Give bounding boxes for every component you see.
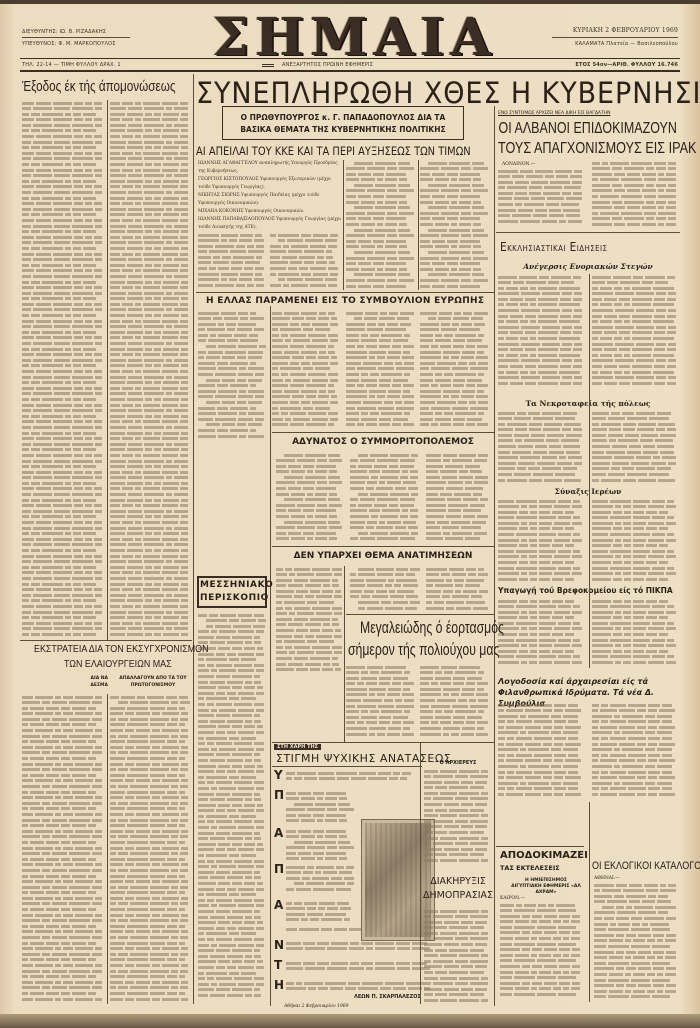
headline-isolation: Έξοδος έκ τής άπομονώσεως [22, 78, 175, 95]
poem-stanza-8 [286, 960, 436, 976]
minister-1: ΙΩΑΝΝΗΣ ΑΓΑΘΑΓΓΕΛΟΥ αναπληρωτής Υπουργός… [198, 160, 342, 176]
messinia-col [198, 612, 268, 1002]
orphanage-col1 [498, 598, 586, 668]
revaluation-col3 [426, 566, 492, 612]
minister-4: ΜΙΧΑΗΛ ΚΟΚΟΝΗΣ Υφυπουργός Οικονομικών. [198, 208, 342, 216]
guerrilla-col2 [350, 452, 422, 542]
messinia-line2: ΠΕΡΙΣΚΟΠΙΟ [200, 593, 269, 603]
auction-col [424, 908, 492, 1004]
article-isolation-col1 [22, 100, 106, 640]
electoral-headline: ΟΙ ΕΚΛΟΓΙΚΟΙ ΚΑΤΑΛΟΓΟΙ [592, 860, 700, 872]
cemetery-col1 [498, 410, 586, 486]
church-sub-1: Ανέγερσις Ενοριακών Στεγών [496, 262, 680, 271]
poem-dropcap-5: Α [274, 898, 283, 912]
poem-dropcap-6: Ν [274, 938, 284, 952]
poem-kicker: ΣΤΗ ΧΑΡΗ ΤΗΣ [274, 744, 321, 750]
pm-article-col3 [346, 160, 418, 292]
feast-headline-1: Μεγαλειώδης ό έορτασμός [360, 618, 504, 638]
newspaper-page: ΔΙΕΥΘΥΝΤΗΣ: ΙΩ. Β. ΡΙΖΑΔΑΚΗΣ ΥΠΕΥΘΥΝΟΣ: … [0, 0, 700, 1028]
ministers-list: ΙΩΑΝΝΗΣ ΑΓΑΘΑΓΓΕΛΟΥ αναπληρωτής Υπουργός… [198, 160, 342, 232]
poem-stanza-2 [286, 790, 358, 824]
albanians-dateline: ΛΟΝΔΙΝΟΝ.— [502, 162, 535, 167]
phone-price: ΤΗΛ. 22-14 — ΤΙΜΗ ΦΥΛΛΟΥ ΔΡΑΧ. 1 [22, 62, 121, 68]
article-isolation-col2 [110, 100, 192, 640]
cemetery-col2 [592, 410, 680, 486]
olive-mills-col2 [110, 694, 192, 1004]
church-col1 [498, 274, 586, 390]
poem-stanza-7 [286, 940, 436, 956]
albanians-kicker: ΕΝΩ ΣΥΝΤΟΜΩΣ ΑΡΧΙΖΕΙ ΝΕΑ ΔΙΚΗ ΕΙΣ ΒΑΓΔΑΤ… [498, 111, 610, 116]
minister-2: ΓΕΩΡΓΙΟΣ ΚΙΣΤΟΠΟΥΛΟΣ Υφυπουργός Εξωτερικ… [198, 176, 342, 192]
church-news-section: Εκκλησιαστικαι Ειδησεις [500, 240, 607, 254]
poem-author: ΛΕΩΝ Π. ΣΚΑΡΠΑΛΕΖΟΣ [354, 994, 421, 1000]
council-col1 [198, 310, 268, 440]
poem-stanza-3 [286, 828, 358, 862]
poem-dateline: Αθήναι 2 Φεβρουαρίου 1969 [284, 1004, 349, 1009]
poem-dropcap-1: Υ [274, 768, 283, 782]
pm-headline-box [222, 106, 464, 140]
pm-headline-line2: ΒΑΣΙΚΑ ΘΕΜΑΤΑ ΤΗΣ ΚΥΒΕΡΝΗΤΙΚΗΣ ΠΟΛΙΤΙΚΗΣ [222, 125, 464, 134]
tagline: ΑΝΕΞΑΡΤΗΤΟΣ ΠΡΩΙΝΗ ΕΦΗΜΕΡΙΣ [282, 62, 373, 68]
guerrilla-headline: ΑΔΥΝΑΤΟΣ Ο ΣΥΜΜΟΡΙΤΟΠΟΛΕΜΟΣ [272, 437, 494, 447]
poem-stanza-5 [286, 900, 358, 924]
olive-mills-headline-2: ΤΩΝ ΕΛΑΙΟΥΡΓΕΙΩΝ ΜΑΣ [64, 658, 172, 670]
minister-3: ΝΙΚΗΤΑΣ ΣΙΩΡΗΣ Υφυπουργός Παιδείας (μέχρ… [198, 192, 342, 208]
poem-dropcap-2: Π [274, 788, 284, 802]
albanians-headline-1: ΟΙ ΑΛΒΑΝΟΙ ΕΠΙΔΟΚΙΜΑΖΟΥΝ [498, 120, 677, 138]
poem-dropcap-8: Η [274, 978, 284, 992]
albanians-col1 [498, 168, 586, 228]
church-sub-4: Υπαγωγή τού Βρεφοκομείου είς τό ΠΙΚΠΑ [498, 586, 673, 595]
albanians-col2 [592, 160, 680, 228]
poem-stanza-1 [286, 770, 416, 786]
issue-number: ΕΤΟΣ 54ον—ΑΡΙΘ. ΦΥΛΛΟΥ 16.746 [575, 62, 678, 68]
archbishop-col [424, 768, 492, 864]
orphanage-col2 [592, 598, 680, 668]
council-europe-headline: Η ΕΛΛΑΣ ΠΑΡΑΜΕΝΕΙ ΕΙΣ ΤΟ ΣΥΜΒΟΥΛΙΟΝ ΕΥΡΩ… [206, 296, 484, 306]
auction-line1: ΔΙΑΚΗΡΥΞΙΣ [422, 876, 494, 887]
olive-mills-sub-left: ΔΙΑ ΝΑ ΔΕΣΜΑ [84, 675, 108, 689]
council-col2 [272, 310, 342, 428]
poem-dropcap-4: Π [274, 862, 284, 876]
kke-headline: ΑΙ ΑΠΕΙΛΑΙ ΤΟΥ ΚΚΕ ΚΑΙ ΤΑ ΠΕΡΙ ΑΥΞΗΣΕΩΣ … [196, 144, 471, 158]
executions-headline-2: ΤΑΣ ΕΚΤΕΛΕΣΕΙΣ [500, 864, 560, 872]
electoral-col [594, 882, 680, 1002]
olive-mills-headline-1: ΕΚΣΤΡΑΤΕΙΑ ΔΙΑ ΤΟΝ ΕΚΣΥΓΧΡΟΝΙΣΜΟΝ [34, 643, 209, 655]
poem-dropcap-3: Α [274, 826, 283, 840]
executions-col [500, 902, 584, 1002]
minister-5: ΙΩΑΝΝΗΣ ΠΑΠΑΒΑΣΙΛΟΠΟΥΛΟΣ Υφυπουργός Γεωρ… [198, 216, 342, 232]
clergy-col1 [498, 498, 586, 584]
archbishop-kicker: Ο ΑΡΧΙΕΡΕΥΣ [422, 760, 494, 766]
executions-dateline: ΚΑΙΡΟΝ.— [500, 896, 525, 901]
council-col4 [420, 310, 492, 428]
poem-stanza-9 [286, 980, 436, 992]
executions-sub: Η ΗΜΙΕΠΙΣΗΜΟΣ ΑΙΓΥΠΤΙΑΚΗ ΕΦΗΜΕΡΙΣ «ΑΛ ΑΧ… [510, 878, 582, 896]
poem-dropcap-7: Τ [274, 958, 282, 972]
revaluation-headline: ΔΕΝ ΥΠΑΡΧΕΙ ΘΕΜΑ ΑΝΑΤΙΜΗΣΕΩΝ [272, 551, 494, 561]
pm-headline-line1: Ο ΠΡΩΘΥΠΟΥΡΓΟΣ κ. Γ. ΠΑΠΑΔΟΠΟΥΛΟΣ ΔΙΑ ΤΑ [222, 113, 464, 122]
location-line: ΚΑΛΑΜΑΤΑ Πλατεία — Βασιλεοπούλου [575, 41, 678, 47]
guerrilla-col1 [276, 452, 346, 542]
pm-article-col2 [270, 232, 342, 292]
messinia-line1: ΜΕΣΣΗΝΙΑΚΟ [200, 580, 273, 590]
revaluation-col2 [350, 566, 422, 612]
responsible-line: ΥΠΕΥΘΥΝΟΣ: Φ. Μ. ΜΑΡΚΟΠΟΥΛΟΣ [22, 41, 116, 47]
main-banner-headline: ΣΥΝΕΠΛΗΡΩΘΗ ΧΘΕΣ Η ΚΥΒΕΡΝΗΣΙΣ [196, 76, 648, 110]
church-sub-3: Σύναξις Ιερέων [496, 487, 680, 496]
olive-mills-sub-right: ΑΠΑΛΛΑΓΟΥΝ ΑΠΟ ΤΑ ΤΟΥ ΠΡΩΤΟΓΟΝΙΣΜΟΥ [114, 675, 192, 689]
issue-date: ΚΥΡΙΑΚΗ 2 ΦΕΒΡΟΥΑΡΙΟΥ 1969 [573, 27, 678, 34]
feast-col1 [346, 664, 418, 740]
charities-col2 [592, 702, 680, 802]
electoral-dateline: ΑΘΗΝΑΙ.— [594, 876, 620, 881]
tagline-ornament [262, 64, 274, 67]
auction-line2: ΔΗΜΟΠΡΑΣΙΑΣ [422, 890, 494, 901]
council-col3 [346, 310, 418, 428]
guerrilla-col3 [426, 452, 492, 542]
albanians-headline-2: ΤΟΥΣ ΑΠΑΓΧΟΝΙΣΜΟΥΣ ΕΙΣ ΙΡΑΚ [498, 140, 696, 158]
feast-headline-2: σήμερον τής πολιούχου μας [348, 640, 499, 660]
director-line: ΔΙΕΥΘΥΝΤΗΣ: ΙΩ. Β. ΡΙΖΑΔΑΚΗΣ [22, 29, 106, 35]
pm-article-col4 [420, 160, 492, 292]
pm-article-col1 [198, 232, 268, 292]
executions-headline-1: ΑΠΟΔΟΚΙΜΑΖΕΙ [500, 850, 588, 861]
revaluation-col1 [276, 566, 346, 676]
charities-col1 [498, 702, 586, 802]
feast-col2 [420, 664, 492, 740]
poem-stanza-4 [286, 864, 358, 894]
clergy-col2 [592, 498, 680, 584]
olive-mills-col1 [22, 694, 106, 1004]
church-sub-2: Τα Νεκροταφεία τής πόλεως [496, 399, 680, 408]
church-col2 [592, 274, 680, 390]
